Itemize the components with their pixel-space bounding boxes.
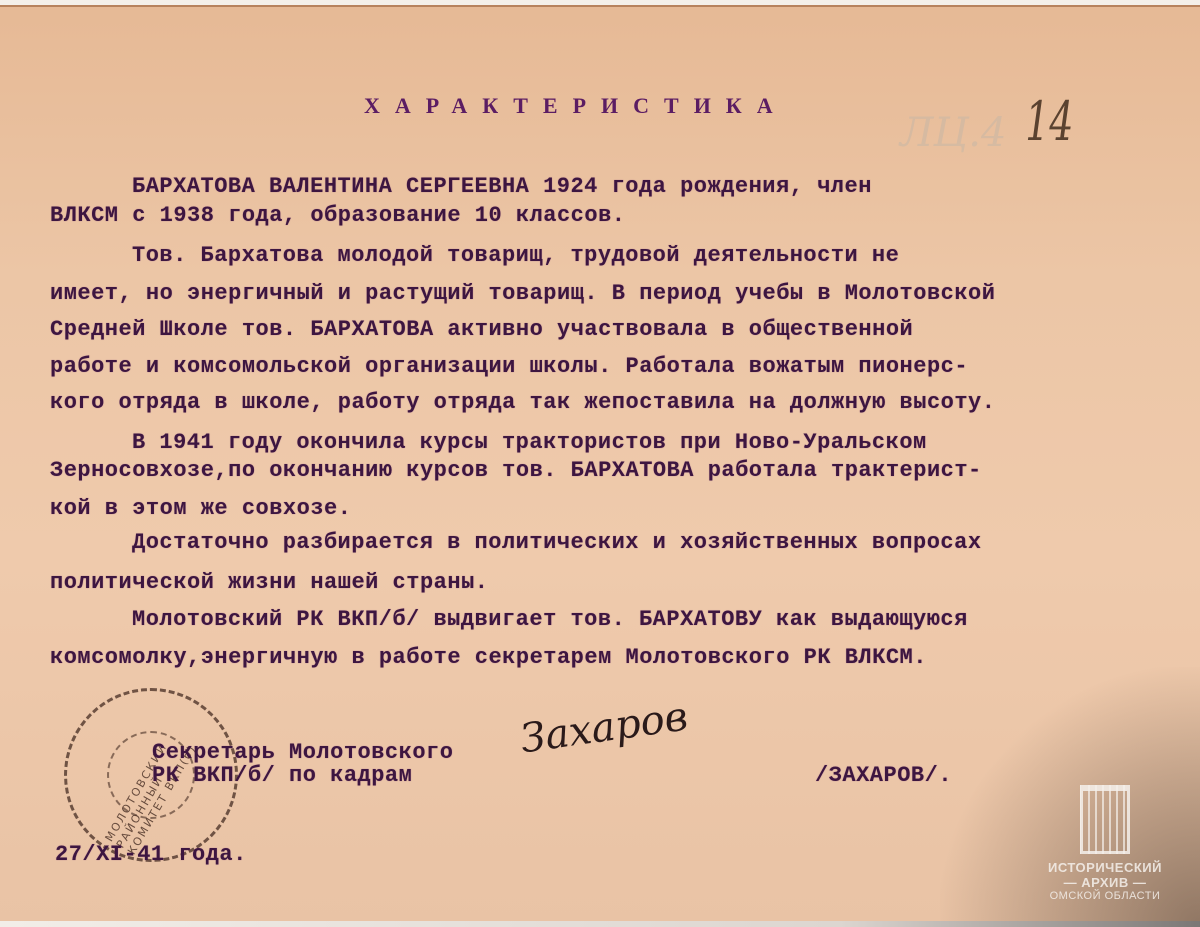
- archive-building-icon: [1080, 785, 1130, 854]
- faint-pencil-mark: ЛЦ.4: [900, 110, 1006, 156]
- text-line: Достаточно разбирается в политических и …: [132, 530, 982, 555]
- paper-bottom-edge: [0, 921, 1200, 927]
- text-line: ВЛКСМ с 1938 года, образование 10 классо…: [50, 203, 626, 228]
- text-line: кого отряда в школе, работу отряда так ж…: [50, 390, 995, 415]
- handwritten-page-number: 14: [1025, 90, 1073, 153]
- text-line: Средней Школе тов. БАРХАТОВА активно уча…: [50, 317, 913, 342]
- handwritten-signature: Захаров: [518, 694, 691, 763]
- archive-watermark: ИСТОРИЧЕСКИЙ — АРХИВ — ОМСКОЙ ОБЛАСТИ: [1040, 785, 1170, 902]
- text-line: работе и комсомольской организации школы…: [50, 354, 968, 379]
- text-line: комсомолку,энергичную в работе секретаре…: [50, 645, 927, 670]
- text-line: В 1941 году окончила курсы трактористов …: [132, 430, 927, 455]
- text-line: кой в этом же совхозе.: [50, 496, 351, 521]
- torn-paper-edge: [0, 0, 1200, 7]
- document-title: ХАРАКТЕРИСТИКА: [364, 93, 788, 119]
- watermark-line3: ОМСКОЙ ОБЛАСТИ: [1040, 890, 1170, 902]
- text-line: политической жизни нашей страны.: [50, 570, 488, 595]
- text-line: БАРХАТОВА ВАЛЕНТИНА СЕРГЕЕВНА 1924 года …: [132, 174, 872, 199]
- signatory-name: /ЗАХАРОВ/.: [815, 763, 952, 788]
- text-line: Тов. Бархатова молодой товарищ, трудовой…: [132, 243, 899, 268]
- signatory-title-line2: РК ВКП/б/ по кадрам: [152, 763, 412, 788]
- watermark-line2: — АРХИВ —: [1040, 875, 1170, 890]
- document-date: 27/XI-41 года.: [55, 842, 247, 867]
- text-line: Зерносовхозе,по окончанию курсов тов. БА…: [50, 458, 982, 483]
- watermark-line1: ИСТОРИЧЕСКИЙ: [1040, 860, 1170, 875]
- text-line: Молотовский РК ВКП/б/ выдвигает тов. БАР…: [132, 607, 968, 632]
- text-line: имеет, но энергичный и растущий товарищ.…: [50, 281, 995, 306]
- signatory-title-line1: Секретарь Молотовского: [152, 740, 453, 765]
